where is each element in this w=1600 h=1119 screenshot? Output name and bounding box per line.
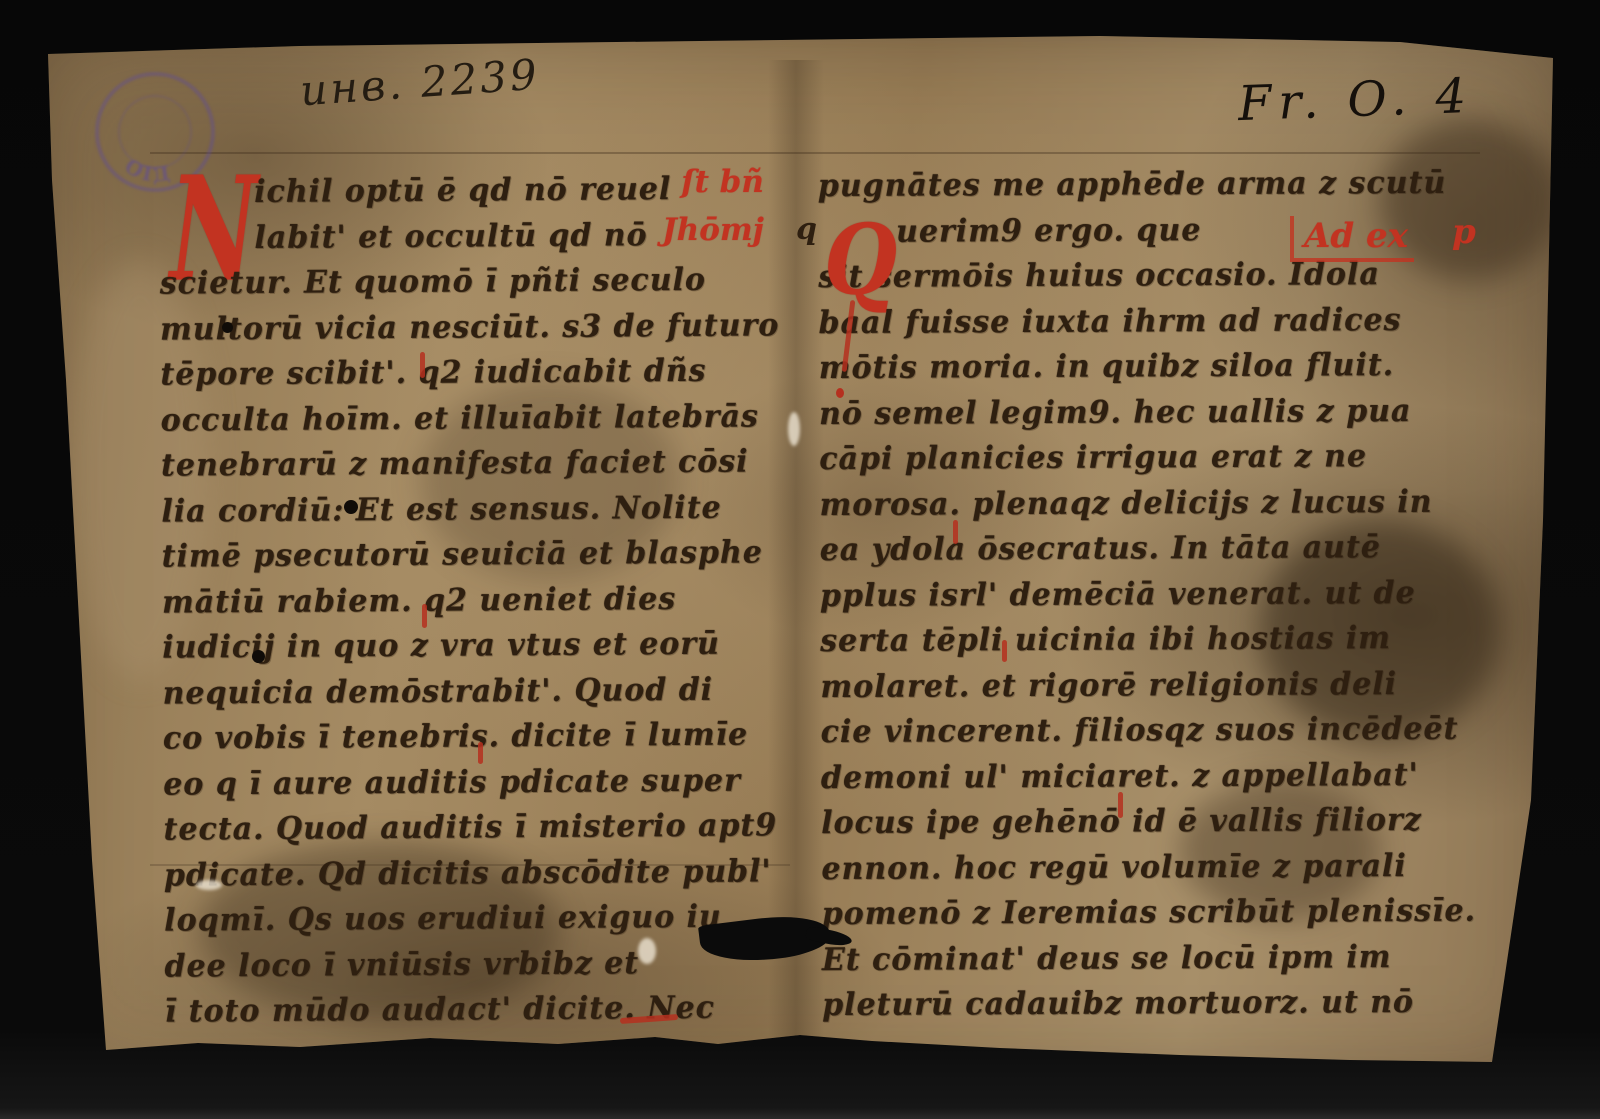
text-line: pomenō z Ieremias scribūt plenissīe. xyxy=(822,887,1487,938)
text-line: scietur. Et quomō ī pñti seculo xyxy=(160,256,810,308)
left-text-column: ichil optū ē qd nō reuel labit' et occul… xyxy=(159,166,815,1035)
text-line: timē psecutorū seuiciā et blasphe xyxy=(162,529,812,581)
text-line: ennon. hoc regū volumīe z parali xyxy=(821,842,1486,893)
text-line: tēpore scibit'. q2 iudicabit dñs xyxy=(160,347,810,399)
ruling-line xyxy=(150,152,1480,154)
left-column-lines: scietur. Et quomō ī pñti seculomultorū v… xyxy=(160,257,815,1035)
text-line: demoni ul' miciaret. z appellabat' xyxy=(821,751,1486,802)
margin-note-bracket: Ad ex xyxy=(1290,216,1414,262)
white-fleck xyxy=(638,938,656,964)
wormhole xyxy=(222,322,233,333)
red-paragraph-mark xyxy=(953,520,958,544)
text-line: co vobis ī tenebris. dicite ī lumīe xyxy=(163,711,813,763)
inventory-inscription: инв. 2239 xyxy=(299,50,542,116)
text-line: mōtis moria. in quibz siloa fluit. xyxy=(819,341,1484,392)
text-line: pdicate. Qd dicitis abscōdite publ' xyxy=(164,847,814,899)
text-line: nequicia demōstrabit'. Quod di xyxy=(162,665,812,717)
red-paragraph-mark xyxy=(1002,640,1007,662)
text-line: mātiū rabiem. q2 ueniet dies xyxy=(162,574,812,626)
text-line: locus ipe gehēnō id ē vallis filiorz xyxy=(821,796,1486,847)
right-column-lines: sit sermōis huius occasio. Idolabaal fui… xyxy=(818,251,1487,1028)
text-line: ea ydola ōsecratus. In tāta autē xyxy=(820,523,1485,574)
text-line: labit' et occultū qd nō xyxy=(254,210,809,261)
text-line: serta tēpli uicinia ibi hostias im xyxy=(820,614,1485,665)
initial-tail-dot xyxy=(836,388,844,398)
wormhole xyxy=(344,500,358,514)
text-line: occulta hoīm. et illuīabit latebrās xyxy=(161,392,811,444)
text-line: pugnātes me apphēde arma z scutū xyxy=(818,159,1483,210)
text-line: cāpi planicies irrigua erat z ne xyxy=(819,432,1484,483)
red-paragraph-mark xyxy=(420,352,425,378)
shelfmark-inscription: Fr. O. 4 xyxy=(1237,68,1474,132)
text-line: multorū vicia nesciūt. s3 de futuro xyxy=(160,301,810,353)
text-line: pleturū cadauibz mortuorz. ut nō xyxy=(822,978,1487,1029)
text-line: baal fuisse iuxta ihrm ad radices xyxy=(818,296,1483,347)
red-paragraph-mark xyxy=(422,604,427,628)
text-line: Et cōminat' deus se locū ipm im xyxy=(822,933,1487,984)
text-line: tecta. Quod auditis ī misterio apt9 xyxy=(163,802,813,854)
white-fleck xyxy=(196,880,222,890)
text-line: ichil optū ē qd nō reuel xyxy=(254,165,809,216)
photo-background: ОТД инв. 2239 Fr. O. 4 N ſt bñ Jhōmj q i… xyxy=(0,0,1600,1119)
text-line: cie vincerent. filiosqz suos incēdeēt xyxy=(821,705,1486,756)
text-line: ī toto mūdo audact' dicite. Nec xyxy=(165,984,815,1036)
red-paragraph-mark xyxy=(478,742,483,764)
text-line: nō semel legim9. hec uallis z pua xyxy=(819,387,1484,438)
white-fleck xyxy=(788,412,800,446)
text-line: eo q ī aure auditis pdicate super xyxy=(163,756,813,808)
margin-note-text: Ad ex xyxy=(1304,216,1408,256)
text-line: tenebrarū z manifesta faciet cōsi xyxy=(161,438,811,490)
right-text-column: pugnātes me apphēde arma z scutū uerim9 … xyxy=(818,160,1488,1028)
text-line: pplus isrl' demēciā venerat. ut de xyxy=(820,569,1485,620)
margin-note-tail: p xyxy=(1452,212,1476,252)
text-line: molaret. et rigorē religionis deli xyxy=(820,660,1485,711)
text-line: iudicij in quo z vra vtus et eorū xyxy=(162,620,812,672)
parchment-leaf: ОТД инв. 2239 Fr. O. 4 N ſt bñ Jhōmj q i… xyxy=(0,0,1600,1119)
text-line: morosa. plenaqz delicijs z lucus in xyxy=(819,478,1484,529)
right-initial-letter: Q xyxy=(824,212,897,309)
wormhole xyxy=(252,650,265,663)
red-paragraph-mark xyxy=(1118,792,1123,818)
text-line: lia cordiū: Et est sensus. Nolite xyxy=(161,483,811,535)
